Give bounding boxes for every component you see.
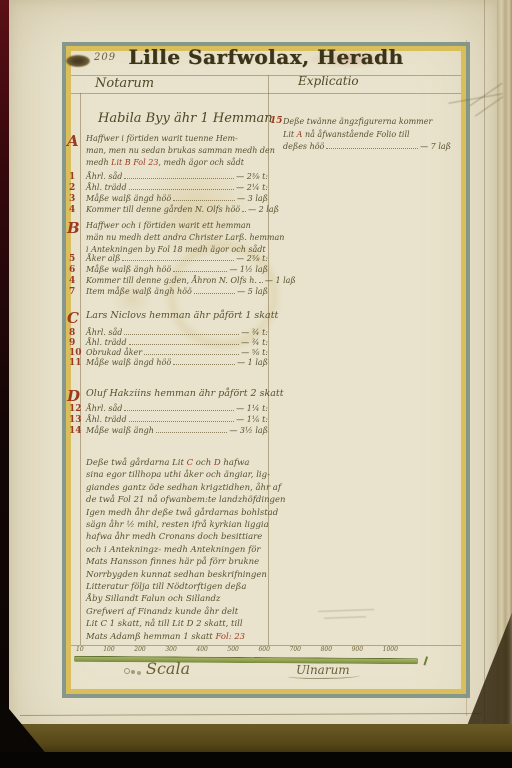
closing-lines: sina egor tillhopa uthi åker och ängiar,… [86, 469, 272, 630]
row-number: 10 [69, 348, 82, 358]
scale-tick-label: 600 [258, 646, 269, 653]
village-heading: Habila Byy ähr 1 Hemman [98, 111, 273, 126]
folio-reference: Fol: 23 [215, 632, 245, 642]
margin-rule [80, 93, 81, 645]
text: och [193, 458, 214, 468]
row-value: — 2⅜ t: [236, 172, 268, 181]
ledger-row: 4 Kommer till denne gården N. Olfs höö —… [86, 205, 268, 216]
row-value: — 1½ laß [229, 265, 268, 274]
dotted-leader [124, 334, 239, 335]
row-number: 8 [69, 328, 75, 338]
photo-bottom-edge [0, 752, 512, 768]
ledger-items-a: 1 Åhrl. såd — 2⅜ t: 2 Åhl. trädd — 2¼ t:… [86, 172, 268, 216]
ledger-row: 7 Item måße walß ängh höö — 5 laß [86, 287, 268, 298]
row-number: 4 [69, 205, 75, 215]
text-line: och i Antekningz- medh Antekningen för [86, 544, 272, 556]
row-label: Åhl. trädd [86, 183, 127, 192]
row-value: — 7 laß [420, 141, 451, 154]
ledger-row: 11 Måße walß ängd höö — 1 laß [86, 358, 268, 368]
ledger-row: 13 Åhl. trädd — 1⅙ t: [86, 415, 268, 426]
scale-tick-label: 500 [227, 646, 238, 653]
text-line: Åby Sillandt Falun och Sillandz [86, 593, 272, 605]
dotted-leader [173, 364, 235, 365]
scale-tick-label: 900 [352, 646, 363, 653]
text: Lit [283, 130, 297, 139]
row-value: — 1 laß [265, 276, 296, 285]
scale-tick-label: 700 [290, 646, 301, 653]
dotted-leader [194, 293, 235, 294]
row-value: — ⅚ t: [241, 348, 268, 357]
text-line: hafwa åhr medh Cronans doch besittiare [86, 531, 272, 543]
row-label: deßes höö [283, 141, 324, 154]
text-line: Deße twå gårdarna Lit C och D hafwa [86, 457, 272, 469]
row-number: 7 [69, 287, 75, 297]
text-line: Mats Hansson finnes här på förr brukne [86, 556, 272, 568]
text-line: Lit C 1 skatt, nå till Lit D 2 skatt, ti… [86, 618, 272, 630]
row-number: 3 [69, 194, 75, 204]
row-label: Kommer till denne g:den, Åhron N. Olfs h… [86, 276, 257, 285]
ledger-row: 14 Måße walß ängh — 3½ laß [86, 426, 268, 437]
section-letter-d: D [67, 387, 80, 405]
dotted-leader [124, 410, 234, 411]
ledger-row: 1 Åhrl. såd — 2⅜ t: [86, 172, 268, 183]
row-number: 2 [69, 183, 75, 193]
row-label: Kommer till denne gården N. Olfs höö [86, 205, 240, 214]
row-number: 12 [69, 404, 82, 414]
row-number: 14 [69, 426, 82, 436]
dotted-leader [129, 189, 235, 190]
text-line: Haffwer i förtiden warit tuenne Hem- [86, 133, 268, 145]
scale-tick-label: 200 [134, 646, 145, 653]
text: hafwa [221, 458, 250, 468]
row-label: Åhl. trädd [86, 338, 127, 347]
dotted-leader [242, 211, 246, 212]
ledger-items-d: 12 Åhrl. såd — 1¼ t: 13 Åhl. trädd — 1⅙ … [86, 404, 268, 437]
row-label: Item måße walß ängh höö [86, 287, 192, 296]
section-letter-c: C [67, 309, 79, 327]
dotted-leader [129, 421, 235, 422]
column-header-notarum: Notarum [95, 76, 154, 91]
text-line: Mats Adamß hemman 1 skatt Fol: 23 [86, 631, 272, 643]
row-label: Måße walß ängd höö [86, 358, 171, 367]
text: , medh ägor och sådt [158, 158, 244, 167]
ledger-row: 3 Måße walß ängd höö — 3 laß [86, 194, 268, 205]
text-line: Haffwer och i förtiden warit ett hemman [86, 220, 268, 232]
table-rule [71, 93, 461, 94]
row-value: — 1⅙ t: [236, 415, 268, 424]
ledger-row: deßes höö — 7 laß [283, 141, 451, 154]
ledger-items-c: 8 Åhrl. såd — ¾ t: 9 Åhl. trädd — ¾ t: 1… [86, 328, 268, 368]
ledger-row: 5 Åker alß — 2⅜ t: [86, 254, 268, 265]
section-b-text: Haffwer och i förtiden warit ett hemmanm… [86, 220, 268, 256]
row-value: — 5 laß [237, 287, 268, 296]
row-label: Obrukad åker [86, 348, 142, 357]
farm-heading: Lars Niclovs hemman ähr påfört 1 skatt [86, 310, 268, 322]
ledger-row: 2 Åhl. trädd — 2¼ t: [86, 183, 268, 194]
scale-tick-label: 400 [196, 646, 207, 653]
text-line: män nu medh dett andra Christer Larß. he… [86, 232, 268, 244]
text-line: Lit A nå åfwanstående Folio till [283, 129, 453, 142]
text: medh [86, 158, 111, 167]
text: Mats Adamß hemman 1 skatt [86, 632, 215, 642]
row-number: 11 [69, 358, 82, 368]
row-value: — 2 laß [248, 205, 279, 214]
row-value: — 1 laß [237, 358, 268, 367]
ledger-row: 10 Obrukad åker — ⅚ t: [86, 348, 268, 358]
row-number: 9 [69, 338, 75, 348]
row-number: 1 [69, 172, 75, 182]
row-value: — 1¼ t: [236, 404, 268, 413]
column-header-explicatio: Explicatio [298, 74, 359, 88]
row-label: Åhl. trädd [86, 415, 127, 424]
dotted-leader [173, 200, 235, 201]
row-label: Måße walß ängd höö [86, 194, 171, 203]
scale-label-scala: Scala [146, 659, 190, 678]
text: Deße twå gårdarna Lit [86, 458, 187, 468]
row-number: 4 [69, 276, 75, 286]
text-line-folio-ref: medh Lit B Fol 23, medh ägor och sådt [86, 157, 268, 169]
text-line: Litteratur följa till Nödtorftigen deßa [86, 581, 272, 593]
row-label: Åker alß [86, 254, 120, 263]
ledger-row: 4 Kommer till denne g:den, Åhron N. Olfs… [86, 276, 268, 287]
row-number: 13 [69, 415, 82, 425]
text-line: Igen medh åhr deße twå gårdarnas bohlsta… [86, 507, 272, 519]
section-letter-a: A [67, 132, 79, 150]
row-number: 5 [69, 254, 75, 264]
ledger-row: 9 Åhl. trädd — ¾ t: [86, 338, 268, 348]
scale-tick-label: 800 [321, 646, 332, 653]
manuscript-photo: 209 Lille Sarfwolax, Heradh Notarum Expl… [0, 0, 512, 768]
row-value: — 2⅜ t: [236, 254, 268, 263]
dotted-leader [124, 178, 234, 179]
ledger-items-b: 5 Åker alß — 2⅜ t: 6 Måße walß ängh höö … [86, 254, 268, 298]
row-value: — ¾ t: [241, 328, 268, 337]
row-number: 6 [69, 265, 75, 275]
scale-tick-label: 100 [103, 646, 114, 653]
text-line: Deße twänne ängzfigurerna kommer [283, 116, 453, 129]
section-a-text: Haffwer i förtiden warit tuenne Hem-man,… [86, 133, 268, 157]
entry-number-15: 15 [270, 116, 283, 126]
section-c: C Lars Niclovs hemman ähr påfört 1 skatt [86, 310, 268, 322]
text: nå åfwanstående Folio till [302, 130, 409, 139]
dotted-leader [144, 354, 239, 355]
text-line: sägn åhr ½ mihl, resten ifrå kyrkian lig… [86, 519, 272, 531]
dotted-leader [173, 271, 227, 272]
text-line: Norrbygden kunnat sedhan beskrifningen [86, 569, 272, 581]
section-a: A Haffwer i förtiden warit tuenne Hem-ma… [86, 133, 268, 169]
ledger-row: 8 Åhrl. såd — ¾ t: [86, 328, 268, 338]
photo-left-edge [0, 0, 9, 768]
text-line: giandes gantz öde sedhan krigztidhen, åh… [86, 482, 272, 494]
scale-label-ulnarum: Ulnarum [296, 663, 350, 677]
dotted-leader [156, 432, 228, 433]
section-d: D Oluf Hakziins hemman ähr påfört 2 skat… [86, 388, 268, 400]
page-title: Lille Sarfwolax, Heradh [62, 45, 470, 69]
dotted-leader [259, 282, 263, 283]
scale-tick-label: 1000 [383, 646, 398, 653]
text-line: de twå Fol 21 nå ofwanbem:te landzhöfdin… [86, 494, 272, 506]
text-line: sina egor tillhopa uthi åker och ängiar,… [86, 469, 272, 481]
folio-reference: Lit B Fol 23 [111, 158, 158, 167]
row-value: — ¾ t: [241, 338, 268, 347]
dotted-leader [326, 148, 418, 149]
row-label: Måße walß ängh [86, 426, 154, 435]
scale-tick-label: 300 [165, 646, 176, 653]
text-line: Grefweri af Finandz kunde åhr delt [86, 606, 272, 618]
dotted-leader [122, 260, 234, 261]
row-label: Åhrl. såd [86, 404, 122, 413]
closing-paragraph: Deße twå gårdarna Lit C och D hafwa sina… [86, 457, 272, 643]
row-label: Måße walß ängh höö [86, 265, 171, 274]
ledger-row: 6 Måße walß ängh höö — 1½ laß [86, 265, 268, 276]
row-value: — 2¼ t: [236, 183, 268, 192]
letter-ref-d: D [214, 458, 221, 468]
scale-tick-label: 10 [76, 646, 84, 653]
row-value: — 3 laß [237, 194, 268, 203]
farm-heading: Oluf Hakziins hemman ähr påfört 2 skatt [86, 388, 268, 400]
ledger-row: 12 Åhrl. såd — 1¼ t: [86, 404, 268, 415]
section-letter-b: B [67, 219, 80, 237]
row-label: Åhrl. såd [86, 172, 122, 181]
scale-ticks: 101002003004005006007008009001000 [76, 646, 398, 653]
row-label: Åhrl. såd [86, 328, 122, 337]
explicatio-entry: Deße twänne ängzfigurerna kommer Lit A n… [283, 116, 453, 154]
section-b: B Haffwer och i förtiden warit ett hemma… [86, 220, 268, 256]
row-value: — 3½ laß [229, 426, 268, 435]
dotted-leader [129, 344, 240, 345]
text-line: man, men nu sedan brukas samman medh den [86, 145, 268, 157]
scala-flourish [124, 668, 130, 674]
